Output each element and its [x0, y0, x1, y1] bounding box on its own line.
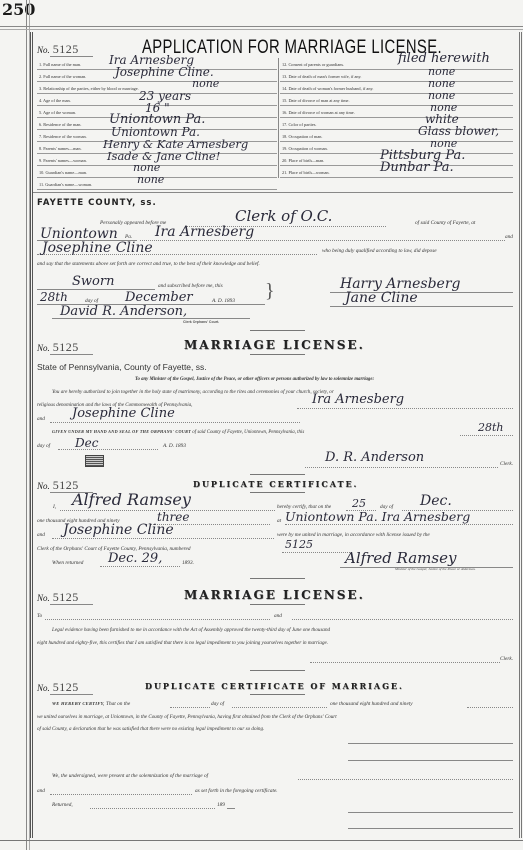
returned-text: When returned: [52, 560, 83, 566]
clerk-signature: David R. Anderson,: [60, 304, 187, 319]
witness-line: [298, 779, 513, 780]
field-label: 2. Full name of the woman.: [39, 74, 86, 79]
ornament-rule: [250, 330, 305, 331]
field-value: Glass blower,: [418, 124, 499, 138]
marriage-body-3: of said County, a declaration that he wa…: [37, 726, 264, 732]
field-row: 21. Place of birth—woman.Dunbar Pa.: [280, 166, 513, 178]
marriage-signature-line-4: [348, 828, 513, 829]
marriage-signature-line-3: [348, 812, 513, 813]
minister-name: Alfred Ramsey: [72, 490, 191, 509]
field-row: 18. Occupation of man.Glass blower,: [280, 130, 513, 142]
cert-woman-line: [52, 538, 274, 539]
field-row: 13. Date of death of man's former wife, …: [280, 70, 513, 82]
blank-clerk-text: Clerk.: [500, 656, 513, 662]
appeared-value: Clerk of O.C.: [235, 207, 332, 225]
subscribed-text: and subscribed before me, this: [158, 283, 223, 289]
field-value: none: [192, 77, 219, 90]
given-caps: GIVEN UNDER MY HAND AND SEAL OF THE ORPH…: [52, 429, 191, 434]
field-label: 19. Occupation of woman.: [282, 146, 328, 151]
blank-license-title: MARRIAGE LICENSE.: [184, 588, 365, 602]
sworn-value: Sworn: [72, 274, 114, 289]
witness-text: We, the undersigned, were present at the…: [52, 773, 208, 779]
license-and-text: and: [37, 416, 45, 422]
blank-clerk-line: [310, 662, 500, 663]
at-text: at: [277, 518, 281, 524]
field-row: 14. Date of death of woman's former husb…: [280, 82, 513, 94]
witness-and-line: [50, 794, 192, 795]
field-row: 2. Full name of the woman.Josephine Clin…: [37, 70, 277, 82]
man-line: [140, 240, 505, 241]
license-month: Dec: [75, 436, 98, 450]
to-line-2: [292, 619, 513, 620]
field-label: 9. Parents' names—woman.: [39, 158, 87, 163]
field-label: 1. Full name of the man.: [39, 62, 81, 67]
marriage-day-of-text: day of: [211, 701, 224, 707]
returned-line: [100, 566, 180, 567]
field-value: none: [137, 173, 164, 186]
field-row: 15. Date of divorce of man at any time.n…: [280, 94, 513, 106]
ornament-rule: [250, 694, 305, 695]
marriage-day-line: [170, 707, 210, 708]
license-month-line: [58, 449, 158, 450]
license-clerk-line: [305, 467, 498, 468]
license-man-line: [297, 408, 513, 409]
field-row: 11. Guardian's name—woman.none: [37, 178, 277, 190]
ledger-rule-left: [26, 0, 27, 850]
license-body-1: You are hereby authorized to join togeth…: [52, 389, 334, 395]
field-label: 14. Date of death of woman's former husb…: [282, 86, 373, 91]
marriage-returned-year: 189: [217, 802, 225, 808]
marriage-month-line: [232, 707, 327, 708]
field-label: 15. Date of divorce of man at any time.: [282, 98, 350, 103]
duplicate-title: DUPLICATE CERTIFICATE.: [193, 479, 358, 489]
county-heading: FAYETTE COUNTY, ss.: [37, 198, 157, 208]
field-label: 21. Place of birth—woman.: [282, 170, 330, 175]
i-text: I,: [53, 504, 56, 510]
license-number: No.5125: [37, 340, 93, 355]
given-rest: of said County of Fayette, Uniontown, Pe…: [192, 430, 304, 435]
ledger-rule-top-inner: [0, 29, 523, 30]
field-label: 18. Occupation of man.: [282, 134, 322, 139]
returned-date: Dec. 29,: [108, 551, 162, 566]
blank-body-2: eight hundred and eighty-five, this cert…: [37, 640, 328, 646]
oath-text-2: and say that the statements above set fo…: [37, 261, 260, 267]
license-clerk-signature: D. R. Anderson: [325, 450, 424, 465]
address-line: To any Minister of the Gospel, Justice o…: [135, 377, 374, 382]
license-woman-line: [50, 422, 300, 423]
field-label: 16. Date of divorce of woman at any time…: [282, 110, 355, 115]
marriage-year-line: [467, 707, 513, 708]
marriage-body-2: we united ourselves in marriage, at Unio…: [37, 714, 337, 720]
field-label: 6. Residence of the man.: [39, 122, 81, 127]
field-label: 5. Age of the woman.: [39, 110, 76, 115]
marriage-returned-text: Returned,: [52, 802, 73, 808]
that-on-the-text: That on the: [106, 701, 130, 707]
ornament-rule: [250, 492, 305, 493]
marriage-signature-line-2: [348, 760, 513, 761]
field-label: 8. Parents' names—man.: [39, 146, 82, 151]
ornament-rule: [250, 354, 305, 355]
field-value: filed herewith: [398, 51, 490, 66]
field-label: 13. Date of death of man's former wife, …: [282, 74, 361, 79]
blank-license-number: No.5125: [37, 590, 93, 605]
column-divider: [278, 58, 279, 178]
certify-caps: WE HEREBY CERTIFY,: [52, 701, 105, 706]
cert-place: Uniontown Pa. Ira Arnesberg: [285, 509, 470, 524]
ledger-rule-top: [0, 26, 523, 27]
field-label: 3. Relationship of the parties, either b…: [39, 86, 139, 91]
license-day: 28th: [478, 421, 504, 434]
signature-woman: Jane Cline: [345, 290, 418, 306]
marriage-cert-title: DUPLICATE CERTIFICATE OF MARRIAGE.: [145, 681, 404, 691]
field-row: 16. Date of divorce of woman at any time…: [280, 106, 513, 118]
applicant-man: Ira Arnesberg: [155, 224, 254, 240]
license-clerk-text: Clerk.: [500, 461, 513, 467]
marriage-returned-year-line: [227, 808, 235, 809]
year-digit: 3: [232, 298, 235, 304]
cert-place-line: [285, 524, 513, 525]
section-divider: [33, 192, 513, 193]
minister-caption: Minister of the Gospel, Justice of the P…: [395, 567, 476, 571]
license-day-line: [460, 435, 513, 436]
field-label: 7. Residence of the woman.: [39, 134, 87, 139]
ornament-rule: [250, 604, 305, 605]
cert-license-number: 5125: [285, 538, 313, 551]
brace-icon: }: [265, 280, 275, 303]
license-ad-text: A. D. 1893: [163, 443, 186, 449]
page-number: 250: [2, 0, 35, 19]
to-text: To: [37, 613, 42, 619]
ornament-rule: [250, 578, 305, 579]
field-value: Isade & Jane Cline!: [107, 149, 220, 163]
applicant-woman: Josephine Cline: [42, 240, 153, 256]
field-label: 12. Consent of parents or guardians.: [282, 62, 344, 67]
field-value: Dunbar Pa.: [380, 160, 454, 175]
court-seal-icon: [85, 455, 104, 467]
ledger-rule-bottom: [0, 840, 523, 841]
field-row: 12. Consent of parents or guardians.file…: [280, 58, 513, 70]
sworn-month: December: [125, 290, 193, 305]
given-line: GIVEN UNDER MY HAND AND SEAL OF THE ORPH…: [52, 429, 304, 435]
cert-woman: Josephine Cline: [63, 522, 174, 538]
license-day-of-text: day of: [37, 443, 50, 449]
cert-month: Dec.: [420, 493, 452, 509]
sworn-day: 28th: [40, 290, 68, 304]
state-line: State of Pennsylvania, County of Fayette…: [37, 362, 207, 372]
field-label: 10. Guardian's name—man.: [39, 170, 87, 175]
blank-and-text: and: [274, 613, 282, 619]
certify-line: WE HEREBY CERTIFY, That on the: [52, 701, 130, 707]
license-title: MARRIAGE LICENSE.: [184, 338, 365, 352]
field-label: 11. Guardian's name—woman.: [39, 182, 92, 187]
and-text: and: [505, 234, 513, 240]
license-number-line: [282, 552, 352, 553]
year-digit: 3: [183, 443, 186, 449]
returned-year: 1893.: [182, 560, 194, 566]
license-man: Ira Arnesberg: [312, 392, 404, 407]
marriage-year-text: one thousand eight hundred and ninety: [330, 701, 413, 707]
to-line: [45, 619, 270, 620]
minister-signature: Alfred Ramsey: [345, 549, 456, 567]
marriage-cert-number: No.5125: [37, 680, 93, 695]
witness-and-text: and: [37, 788, 45, 794]
marriage-returned-line: [90, 808, 215, 809]
county-text: of said County of Fayette, at: [415, 220, 475, 226]
license-woman: Josephine Cline: [72, 406, 175, 421]
ornament-rule: [250, 670, 305, 671]
ad-text: A. D. 1893: [212, 298, 235, 304]
oath-text-1: who being duly qualified according to la…: [322, 248, 437, 254]
field-label: 20. Place of birth—man.: [282, 158, 324, 163]
marriage-signature-line-1: [348, 743, 513, 744]
field-label: 4. Age of the man.: [39, 98, 71, 103]
application-number: No.5125: [37, 42, 93, 57]
set-forth-text: as set forth in the foregoing certificat…: [195, 788, 278, 794]
field-label: 17. Color of parties.: [282, 122, 317, 127]
blank-body-1: Legal evidence having been furnished to …: [52, 627, 330, 633]
ornament-rule: [250, 474, 305, 475]
cert-and-text: and: [37, 532, 45, 538]
signature-line-2: [330, 306, 513, 307]
clerk-caption: Clerk Orphans' Court.: [183, 320, 219, 324]
